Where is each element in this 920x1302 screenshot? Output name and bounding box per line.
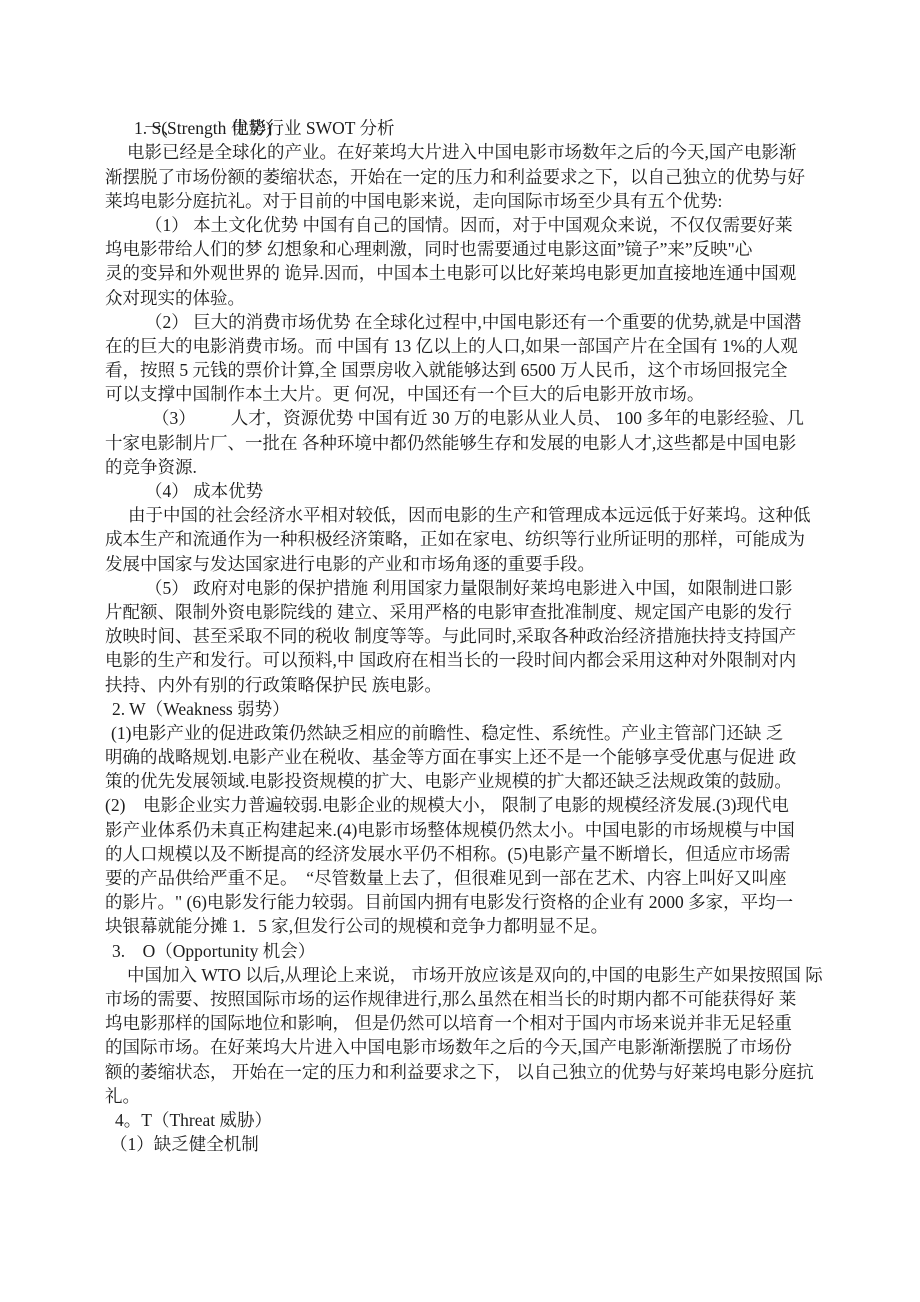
o-paragraph: 中国加入 WTO 以后,从理论上来说， 市场开放应该是双向的,中国的电影生产如果… — [105, 963, 865, 1108]
text-line: （1）缺乏健全机制 — [105, 1132, 865, 1156]
text-line: 坞电影那样的国际地位和影响， 但是仍然可以培育一个相对于国内市场来说并非无足轻重 — [105, 1011, 865, 1035]
text-line: 市场的需要、按照国际市场的运作规律进行,那么虽然在相当长的时期内都不可能获得好 … — [105, 987, 865, 1011]
s-item-4-cost-heading: （4） 成本优势 — [105, 479, 865, 503]
s-item-1-culture: （1） 本土文化优势 中国有自己的国情。因而，对于中国观众来说，不仅仅需要好莱坞… — [105, 213, 865, 310]
text-line: 3. O（Opportunity 机会） — [105, 939, 865, 963]
section-o-heading: 3. O（Opportunity 机会） — [105, 939, 865, 963]
text-line: 渐摆脱了市场份额的萎缩状态，开始在一定的压力和利益要求之下，以自己独立的优势与好 — [105, 165, 865, 189]
text-line: 4。T（Threat 威胁） — [105, 1108, 865, 1132]
section-t-heading: 4。T（Threat 威胁） — [105, 1108, 865, 1132]
text-line: 发展中国家与发达国家进行电影的产业和市场角逐的重要手段。 — [105, 552, 865, 576]
text-line: 影产业体系仍未真正构建起来.(4)电影市场整体规模仍然太小。中国电影的市场规模与… — [105, 818, 865, 842]
text-line: 明确的战略规划.电影产业在税收、基金等方面在事实上还不是一个能够享受优惠与促进 … — [105, 745, 865, 769]
text-line: 额的萎缩状态， 开始在一定的压力和利益要求之下， 以自己独立的优势与好莱坞电影分… — [105, 1060, 865, 1084]
text-line: 片配额、限制外资电影院线的 建立、采用严格的电影审查批准制度、规定国产电影的发行 — [105, 600, 865, 624]
s-item-3-talent: （3） 人才，资源优势 中国有近 30 万的电影从业人员、 100 多年的电影经… — [105, 406, 865, 479]
text-line: 策的优先发展领域.电影投资规模的扩大、电影产业规模的扩大都还缺乏法规政策的鼓励。 — [105, 769, 865, 793]
text-line: (2) 电影企业实力普遍较弱.电影企业的规模大小， 限制了电影的规模经济发展.(… — [105, 793, 865, 817]
text-line: 中国加入 WTO 以后,从理论上来说， 市场开放应该是双向的,中国的电影生产如果… — [105, 963, 865, 987]
document-page: 一、电影行业 SWOT 分析 1. S(Strength 优势)电影已经是全球化… — [105, 92, 865, 1156]
text-line: 1. S(Strength 优势) — [105, 116, 865, 140]
text-line: 灵的变异和外观世界的 诡异.因而，中国本土电影可以比好莱坞电影更加直接地连通中国… — [105, 261, 865, 285]
w-item-1-policy: (1)电影产业的促进政策仍然缺乏相应的前瞻性、稳定性、系统性。产业主管部门还缺 … — [105, 721, 865, 794]
text-line: 成本生产和流通作为一种积极经济策略，正如在家电、纺织等行业所证明的那样，可能成为 — [105, 527, 865, 551]
section-s-heading: 1. S(Strength 优势) — [105, 116, 865, 140]
doc-heading: 一、电影行业 SWOT 分析 — [105, 92, 865, 116]
text-line: (1)电影产业的促进政策仍然缺乏相应的前瞻性、稳定性、系统性。产业主管部门还缺 … — [105, 721, 865, 745]
text-line: 看，按照 5 元钱的票价计算,全 国票房收入就能够达到 6500 万人民币，这个… — [105, 358, 865, 382]
text-line: 的国际市场。在好莱坞大片进入中国电影市场数年之后的今天,国产电影渐渐摆脱了市场份 — [105, 1035, 865, 1059]
text-line: 礼。 — [105, 1084, 865, 1108]
text-line: （2） 巨大的消费市场优势 在全球化过程中,中国电影还有一个重要的优势,就是中国… — [105, 310, 865, 334]
text-line: （3） 人才，资源优势 中国有近 30 万的电影从业人员、 100 多年的电影经… — [105, 406, 865, 430]
text-line: 2. W（Weakness 弱势） — [105, 697, 865, 721]
text-line: （4） 成本优势 — [105, 479, 865, 503]
text-line: 在的巨大的电影消费市场。而 中国有 13 亿以上的人口,如果一部国产片在全国有 … — [105, 334, 865, 358]
text-line: 块银幕就能分摊 1．5 家,但发行公司的规模和竞争力都明显不足。 — [105, 914, 865, 938]
text-line: （5） 政府对电影的保护措施 利用国家力量限制好莱坞电影进入中国，如限制进口影 — [105, 576, 865, 600]
s-intro-paragraph: 电影已经是全球化的产业。在好莱坞大片进入中国电影市场数年之后的今天,国产电影渐渐… — [105, 140, 865, 213]
text-line: 电影的生产和发行。可以预料,中 国政府在相当长的一段时间内都会采用这种对外限制对… — [105, 648, 865, 672]
text-line: 可以支撑中国制作本土大片。更 何况，中国还有一个巨大的后电影开放市场。 — [105, 382, 865, 406]
text-line: 的竞争资源. — [105, 455, 865, 479]
text-line: 扶持、内外有别的行政策略保护民 族电影。 — [105, 673, 865, 697]
text-line: 莱坞电影分庭抗礼。对于目前的中国电影来说，走向国际市场至少具有五个优势: — [105, 189, 865, 213]
text-line: 由于中国的社会经济水平相对较低，因而电影的生产和管理成本远远低于好莱坞。这种低 — [105, 503, 865, 527]
text-line: 坞电影带给人们的梦 幻想象和心理刺激，同时也需要通过电影这面”镜子”来”反映"心 — [105, 237, 865, 261]
s-item-5-protection: （5） 政府对电影的保护措施 利用国家力量限制好莱坞电影进入中国，如限制进口影片… — [105, 576, 865, 697]
text-line: 众对现实的体验。 — [105, 286, 865, 310]
text-line: 十家电影制片厂、一批在 各种环境中都仍然能够生存和发展的电影人才,这些都是中国电… — [105, 431, 865, 455]
s-item-2-market: （2） 巨大的消费市场优势 在全球化过程中,中国电影还有一个重要的优势,就是中国… — [105, 310, 865, 407]
s-item-4-cost-paragraph: 由于中国的社会经济水平相对较低，因而电影的生产和管理成本远远低于好莱坞。这种低成… — [105, 503, 865, 576]
text-line: 的人口规模以及不断提高的经济发展水平仍不相称。(5)电影产量不断增长，但适应市场… — [105, 842, 865, 866]
section-w-heading: 2. W（Weakness 弱势） — [105, 697, 865, 721]
w-items-2-6: (2) 电影企业实力普遍较弱.电影企业的规模大小， 限制了电影的规模经济发展.(… — [105, 793, 865, 938]
text-line: 电影已经是全球化的产业。在好莱坞大片进入中国电影市场数年之后的今天,国产电影渐 — [105, 140, 865, 164]
text-line: 的影片。" (6)电影发行能力较弱。目前国内拥有电影发行资格的企业有 2000 … — [105, 890, 865, 914]
doc-body: 1. S(Strength 优势)电影已经是全球化的产业。在好莱坞大片进入中国电… — [105, 116, 865, 1156]
text-line: 放映时间、甚至采取不同的税收 制度等等。与此同时,采取各种政治经济措施扶持支持国… — [105, 624, 865, 648]
t-item-1-heading: （1）缺乏健全机制 — [105, 1132, 865, 1156]
text-line: 要的产品供给严重不足。 “尽管数量上去了，但很难见到一部在艺术、内容上叫好又叫座 — [105, 866, 865, 890]
text-line: （1） 本土文化优势 中国有自己的国情。因而，对于中国观众来说，不仅仅需要好莱 — [105, 213, 865, 237]
